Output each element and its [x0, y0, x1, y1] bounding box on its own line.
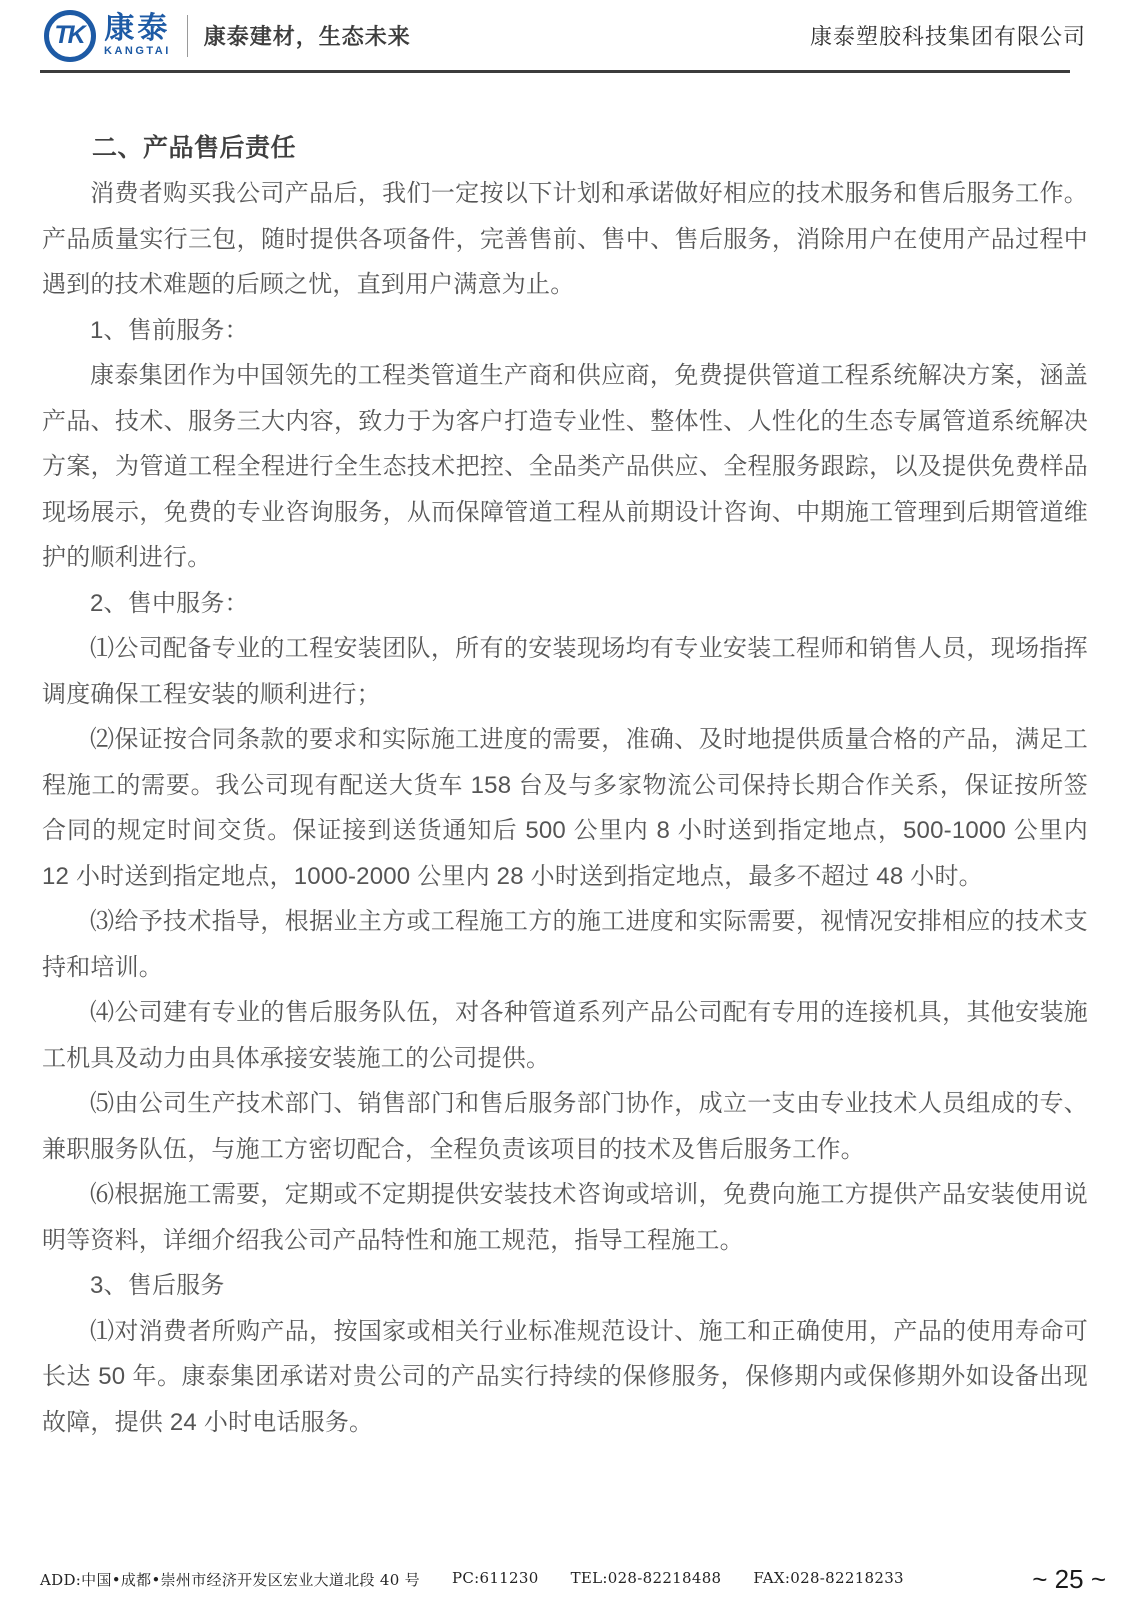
logo-monogram-text: TK — [54, 21, 83, 50]
document-page: TK 康泰 KANGTAI 康泰建材，生态未来 康泰塑胶科技集团有限公司 二、产… — [0, 0, 1128, 1600]
company-name: 康泰塑胶科技集团有限公司 — [810, 20, 1086, 51]
paragraph: 消费者购买我公司产品后，我们一定按以下计划和承诺做好相应的技术服务和售后服务工作… — [42, 171, 1088, 308]
subsection-heading: 3、售后服务 — [42, 1263, 1088, 1309]
brand-name-english: KANGTAI — [104, 46, 171, 57]
page-number: ~ 25 ~ — [1032, 1566, 1106, 1592]
paragraph: ⑴公司配备专业的工程安装团队，所有的安装现场均有专业安装工程师和销售人员，现场指… — [42, 626, 1088, 717]
header-divider — [187, 15, 188, 57]
paragraph: ⑵保证按合同条款的要求和实际施工进度的需要，准确、及时地提供质量合格的产品，满足… — [42, 717, 1088, 899]
logo-brand-text: 康泰 KANGTAI — [104, 14, 171, 57]
paragraph: ⑶给予技术指导，根据业主方或工程施工方的施工进度和实际需要，视情况安排相应的技术… — [42, 899, 1088, 990]
paragraph: ⑹根据施工需要，定期或不定期提供安装技术咨询或培训，免费向施工方提供产品安装使用… — [42, 1172, 1088, 1263]
document-body: 二、产品售后责任 消费者购买我公司产品后，我们一定按以下计划和承诺做好相应的技术… — [42, 126, 1088, 1445]
footer-address: ADD:中国•成都•崇州市经济开发区宏业大道北段 40 号 — [40, 1569, 420, 1590]
footer-postal-code: PC:611230 — [452, 1569, 539, 1590]
subsection-heading: 1、售前服务： — [42, 308, 1088, 354]
company-tagline: 康泰建材，生态未来 — [204, 20, 411, 51]
header-rule-line — [40, 70, 1070, 73]
kangtai-logo: TK 康泰 KANGTAI — [44, 10, 171, 62]
paragraph: 康泰集团作为中国领先的工程类管道生产商和供应商，免费提供管道工程系统解决方案，涵… — [42, 353, 1088, 581]
logo-tk-monogram-icon: TK — [44, 10, 96, 62]
brand-name-chinese: 康泰 — [104, 14, 170, 44]
page-header: TK 康泰 KANGTAI 康泰建材，生态未来 康泰塑胶科技集团有限公司 — [0, 0, 1128, 71]
section-heading: 二、产品售后责任 — [42, 126, 1088, 171]
page-footer: ADD:中国•成都•崇州市经济开发区宏业大道北段 40 号 PC:611230 … — [40, 1564, 1106, 1590]
paragraph: ⑸由公司生产技术部门、销售部门和售后服务部门协作，成立一支由专业技术人员组成的专… — [42, 1081, 1088, 1172]
paragraph: ⑴对消费者所购产品，按国家或相关行业标准规范设计、施工和正确使用，产品的使用寿命… — [42, 1309, 1088, 1446]
footer-telephone: TEL:028-82218488 — [571, 1569, 722, 1590]
subsection-heading: 2、售中服务： — [42, 581, 1088, 627]
paragraph: ⑷公司建有专业的售后服务队伍，对各种管道系列产品公司配有专用的连接机具，其他安装… — [42, 990, 1088, 1081]
footer-contact-info: ADD:中国•成都•崇州市经济开发区宏业大道北段 40 号 PC:611230 … — [40, 1569, 904, 1590]
footer-fax: FAX:028-82218233 — [753, 1569, 904, 1590]
